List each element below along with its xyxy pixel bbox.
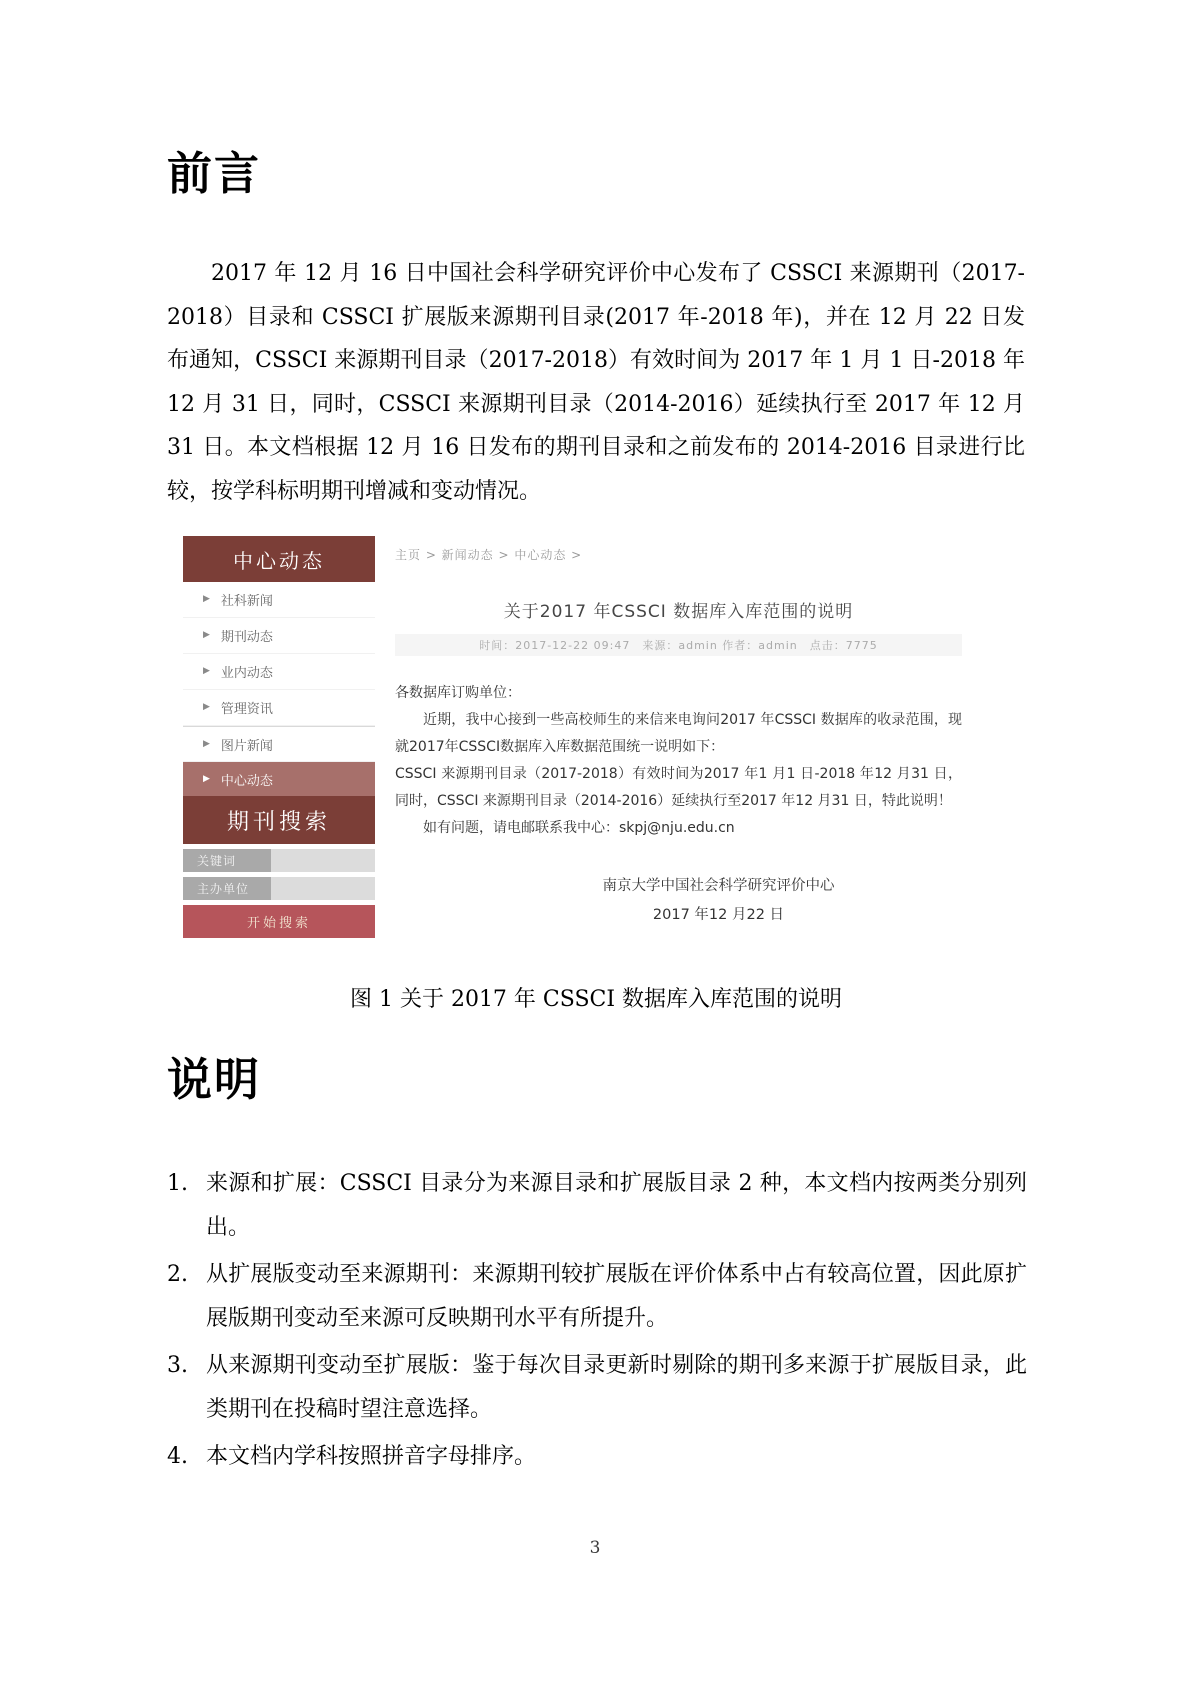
sidebar-item-label: 业内动态: [221, 662, 273, 681]
figure-caption: 图 1 关于 2017 年 CSSCI 数据库入库范围的说明: [167, 982, 1025, 1013]
article-paragraph: CSSCI 来源期刊目录（2017-2018）有效时间为2017 年1 月1 日…: [395, 761, 962, 815]
screenshot-article: 主页 > 新闻动态 > 中心动态 > 关于2017 年CSSCI 数据库入库范围…: [395, 536, 962, 930]
arrow-right-icon: ▶: [203, 775, 210, 784]
list-item: 4. 本文档内学科按照拼音字母排序。: [167, 1435, 1027, 1479]
search-field-row: 主办单位: [183, 877, 375, 900]
article-body: 各数据库订购单位： 近期，我中心接到一些高校师生的来信来电询问2017 年CSS…: [395, 680, 962, 842]
notes-heading: 说明: [167, 1054, 261, 1106]
document-page: 前言 2017 年 12 月 16 日中国社会科学研究评价中心发布了 CSSCI…: [0, 0, 1190, 1684]
sidebar-item-label: 中心动态: [221, 770, 273, 789]
article-salutation: 各数据库订购单位：: [395, 680, 962, 707]
list-item-number: 2.: [167, 1253, 206, 1341]
list-item-text: 来源和扩展：CSSCI 目录分为来源目录和扩展版目录 2 种，本文档内按两类分别…: [206, 1162, 1027, 1250]
list-item: 2. 从扩展版变动至来源期刊：来源期刊较扩展版在评价体系中占有较高位置，因此原扩…: [167, 1253, 1027, 1341]
list-item-text: 从来源期刊变动至扩展版：鉴于每次目录更新时剔除的期刊多来源于扩展版目录，此类期刊…: [206, 1344, 1027, 1432]
sidebar-item-label: 社科新闻: [221, 590, 273, 609]
breadcrumb[interactable]: 主页 > 新闻动态 > 中心动态 >: [395, 546, 962, 563]
list-item-number: 4.: [167, 1435, 206, 1479]
sidebar-item-tupianxinwen[interactable]: ▶ 图片新闻: [183, 726, 375, 762]
arrow-right-icon: ▶: [203, 740, 210, 749]
list-item: 1. 来源和扩展：CSSCI 目录分为来源目录和扩展版目录 2 种，本文档内按两…: [167, 1162, 1027, 1250]
article-signature: 南京大学中国社会科学研究评价中心 2017 年12 月22 日: [435, 872, 962, 930]
article-title: 关于2017 年CSSCI 数据库入库范围的说明: [395, 597, 962, 622]
sidebar-section-title-journal-search: 期刊搜索: [183, 796, 375, 844]
organizer-field-label: 主办单位: [183, 877, 271, 900]
arrow-right-icon: ▶: [203, 595, 210, 604]
arrow-right-icon: ▶: [203, 631, 210, 640]
list-item: 3. 从来源期刊变动至扩展版：鉴于每次目录更新时剔除的期刊多来源于扩展版目录，此…: [167, 1344, 1027, 1432]
organizer-input[interactable]: [271, 877, 375, 900]
signature-organization: 南京大学中国社会科学研究评价中心: [435, 872, 962, 901]
preface-heading: 前言: [167, 148, 261, 200]
preface-paragraph: 2017 年 12 月 16 日中国社会科学研究评价中心发布了 CSSCI 来源…: [167, 252, 1025, 513]
sidebar-item-label: 图片新闻: [221, 735, 273, 754]
sidebar-item-label: 期刊动态: [221, 626, 273, 645]
sidebar-item-guanlizixun[interactable]: ▶ 管理资讯: [183, 690, 375, 726]
article-contact-line: 如有问题，请电邮联系我中心：skpj@nju.edu.cn: [395, 815, 962, 842]
page-number: 3: [0, 1538, 1190, 1558]
signature-date: 2017 年12 月22 日: [435, 901, 962, 930]
screenshot-sidebar: 中心动态 ▶ 社科新闻 ▶ 期刊动态 ▶ 业内动态 ▶ 管理资讯 ▶ 图片新闻: [183, 536, 375, 938]
list-item-number: 3.: [167, 1344, 206, 1432]
sidebar-item-yeneidongtai[interactable]: ▶ 业内动态: [183, 654, 375, 690]
article-paragraph: 近期，我中心接到一些高校师生的来信来电询问2017 年CSSCI 数据库的收录范…: [395, 707, 962, 761]
sidebar-item-shekexinwen[interactable]: ▶ 社科新闻: [183, 582, 375, 618]
arrow-right-icon: ▶: [203, 667, 210, 676]
list-item-text: 从扩展版变动至来源期刊：来源期刊较扩展版在评价体系中占有较高位置，因此原扩展版期…: [206, 1253, 1027, 1341]
list-item-text: 本文档内学科按照拼音字母排序。: [206, 1435, 1027, 1479]
article-meta-bar: 时间：2017-12-22 09:47 来源：admin 作者：admin 点击…: [395, 634, 962, 656]
sidebar-item-qikandongtai[interactable]: ▶ 期刊动态: [183, 618, 375, 654]
keyword-field-label: 关键词: [183, 849, 271, 872]
start-search-button[interactable]: 开始搜索: [183, 905, 375, 938]
list-item-number: 1.: [167, 1162, 206, 1250]
notes-list: 1. 来源和扩展：CSSCI 目录分为来源目录和扩展版目录 2 种，本文档内按两…: [167, 1162, 1027, 1482]
embedded-screenshot: 中心动态 ▶ 社科新闻 ▶ 期刊动态 ▶ 业内动态 ▶ 管理资讯 ▶ 图片新闻: [183, 536, 962, 960]
keyword-input[interactable]: [271, 849, 375, 872]
sidebar-item-zhongxindongtai-active[interactable]: ▶ 中心动态: [183, 762, 375, 796]
sidebar-section-title-center-news: 中心动态: [183, 536, 375, 582]
search-field-row: 关键词: [183, 849, 375, 872]
sidebar-item-label: 管理资讯: [221, 698, 273, 717]
arrow-right-icon: ▶: [203, 703, 210, 712]
